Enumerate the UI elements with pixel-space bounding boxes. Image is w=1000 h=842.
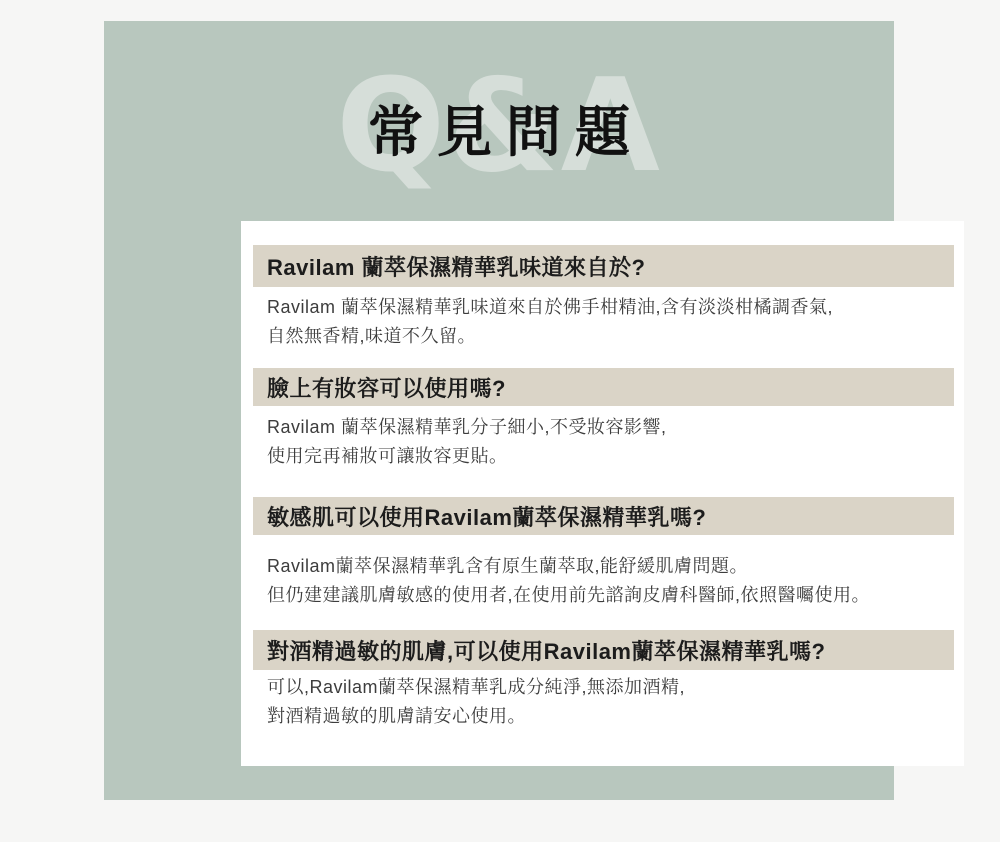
faq-answer-2: Ravilam 蘭萃保濕精華乳分子細小,不受妝容影響,使用完再補妝可讓妝容更貼。 [267, 413, 948, 471]
faq-answer-line: 自然無香精,味道不久留。 [267, 326, 476, 346]
faq-answer-line: Ravilam 蘭萃保濕精華乳味道來自於佛手柑精油,含有淡淡柑橘調香氣, [267, 297, 833, 317]
faq-answer-line: 可以,Ravilam蘭萃保濕精華乳成分純淨,無添加酒精, [267, 677, 685, 697]
faq-answer-line: Ravilam 蘭萃保濕精華乳分子細小,不受妝容影響, [267, 417, 667, 437]
faq-question-bar-3: 敏感肌可以使用Ravilam蘭萃保濕精華乳嗎? [253, 497, 954, 535]
faq-question-text: Ravilam 蘭萃保濕精華乳味道來自於? [267, 251, 645, 282]
faq-answer-4: 可以,Ravilam蘭萃保濕精華乳成分純淨,無添加酒精,對酒精過敏的肌膚請安心使… [267, 673, 948, 731]
faq-answer-line: 對酒精過敏的肌膚請安心使用。 [267, 706, 526, 726]
faq-question-bar-4: 對酒精過敏的肌膚,可以使用Ravilam蘭萃保濕精華乳嗎? [253, 630, 954, 670]
faq-question-bar-2: 臉上有妝容可以使用嗎? [253, 368, 954, 406]
page-title: 常見問題 [104, 103, 894, 164]
faq-question-bar-1: Ravilam 蘭萃保濕精華乳味道來自於? [253, 245, 954, 287]
faq-answer-line: 但仍建建議肌膚敏感的使用者,在使用前先諮詢皮膚科醫師,依照醫囑使用。 [267, 585, 870, 605]
qa-header: Q&A 常見問題 [104, 21, 894, 221]
faq-answer-line: 使用完再補妝可讓妝容更貼。 [267, 446, 508, 466]
faq-question-text: 臉上有妝容可以使用嗎? [267, 372, 506, 403]
faq-answer-line: Ravilam蘭萃保濕精華乳含有原生蘭萃取,能舒緩肌膚問題。 [267, 556, 748, 576]
faq-card: Ravilam 蘭萃保濕精華乳味道來自於? Ravilam 蘭萃保濕精華乳味道來… [241, 221, 964, 766]
faq-answer-3: Ravilam蘭萃保濕精華乳含有原生蘭萃取,能舒緩肌膚問題。但仍建建議肌膚敏感的… [267, 552, 948, 610]
faq-answer-1: Ravilam 蘭萃保濕精華乳味道來自於佛手柑精油,含有淡淡柑橘調香氣,自然無香… [267, 293, 948, 351]
faq-page: Q&A 常見問題 Ravilam 蘭萃保濕精華乳味道來自於? Ravilam 蘭… [0, 0, 1000, 842]
qa-panel: Q&A 常見問題 Ravilam 蘭萃保濕精華乳味道來自於? Ravilam 蘭… [104, 21, 894, 800]
faq-question-text: 對酒精過敏的肌膚,可以使用Ravilam蘭萃保濕精華乳嗎? [267, 635, 825, 666]
faq-question-text: 敏感肌可以使用Ravilam蘭萃保濕精華乳嗎? [267, 501, 706, 532]
